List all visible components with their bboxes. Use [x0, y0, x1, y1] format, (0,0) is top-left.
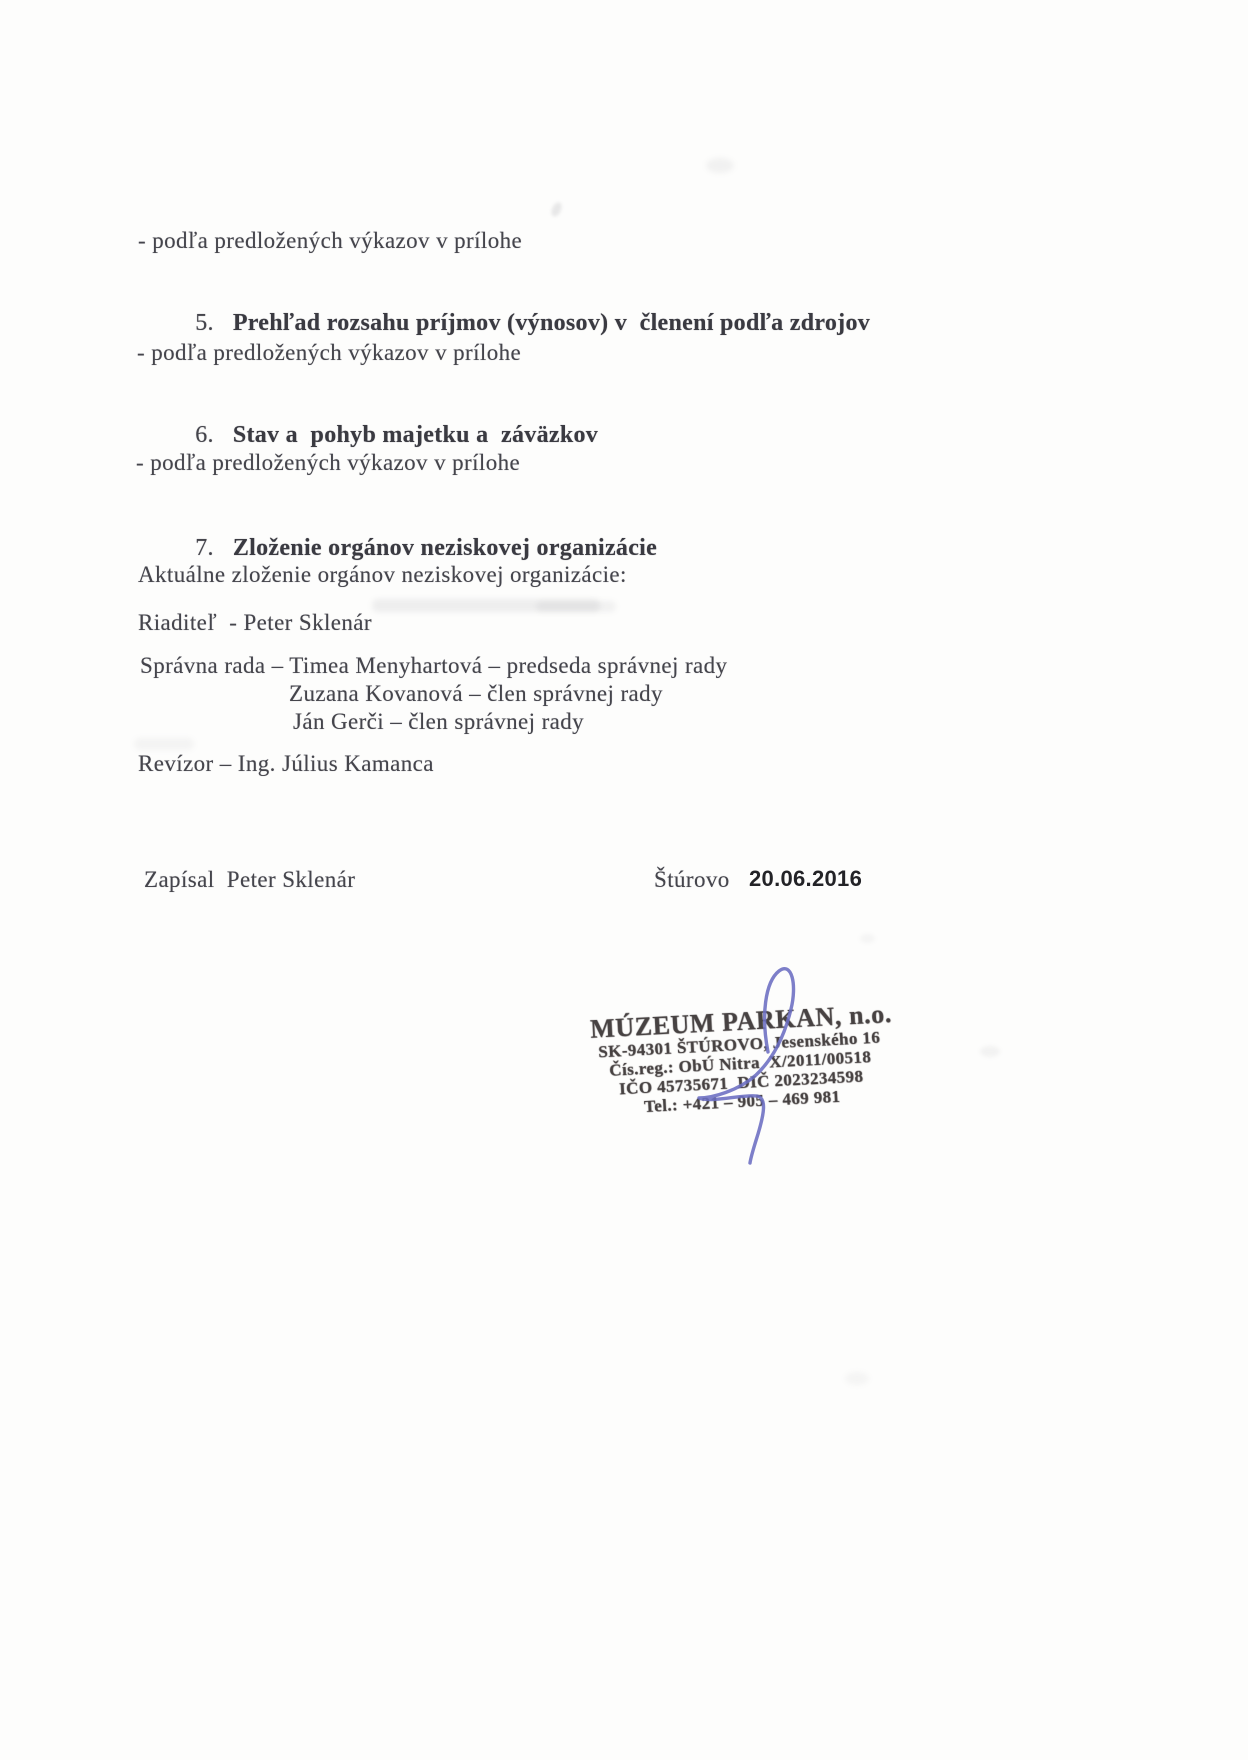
section-7-number: 7.: [195, 534, 214, 563]
scan-smudge: [134, 738, 194, 750]
scan-smudge: [980, 1046, 1000, 1057]
section-5-title: Prehľad rozsahu príjmov (výnosov) v člen…: [233, 310, 870, 336]
section-6-number: 6.: [195, 421, 214, 450]
auditor-line: Revízor – Ing. Július Kamanca: [138, 750, 434, 778]
board-line-3: Ján Gerči – člen správnej rady: [293, 708, 584, 736]
place-label: Štúrovo: [654, 866, 730, 894]
scan-smudge: [845, 1372, 869, 1385]
scan-smudge: [706, 158, 734, 173]
attachment-note-3: - podľa predložených výkazov v prílohe: [136, 449, 520, 477]
board-line-2: Zuzana Kovanová – člen správnej rady: [289, 680, 663, 708]
date-value: 20.06.2016: [749, 866, 862, 892]
recorded-by-line: Zapísal Peter Sklenár: [144, 866, 355, 894]
section-7-title: Zloženie orgánov neziskovej organizácie: [233, 535, 657, 561]
board-line-1: Správna rada – Timea Menyhartová – preds…: [140, 652, 727, 680]
scan-smudge: [860, 934, 875, 943]
director-line: Riaditeľ - Peter Sklenár: [138, 609, 372, 637]
scanned-document-page: - podľa predložených výkazov v prílohe 5…: [0, 0, 1248, 1760]
scan-smudge: [549, 201, 563, 218]
section-5-number: 5.: [195, 309, 214, 338]
attachment-note-2: - podľa predložených výkazov v prílohe: [137, 339, 521, 367]
section-6-title: Stav a pohyb majetku a záväzkov: [233, 422, 598, 448]
composition-intro: Aktuálne zloženie orgánov neziskovej org…: [138, 561, 627, 589]
organization-stamp: MÚZEUM PARKAN, n.o. SK-94301 ŠTÚROVO, Je…: [590, 1000, 891, 1118]
attachment-note-1: - podľa predložených výkazov v prílohe: [138, 227, 522, 255]
scan-smudge: [536, 601, 616, 612]
